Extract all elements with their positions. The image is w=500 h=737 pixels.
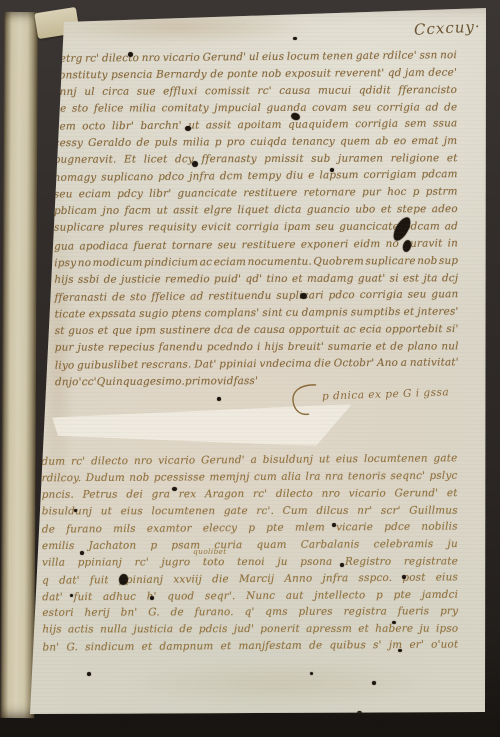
ink-blot: [128, 52, 133, 57]
ink-blot: [217, 397, 221, 401]
ink-blot: [80, 551, 84, 555]
signature-text: p dnica ex pe G i gssa: [322, 386, 450, 402]
manuscript-line: purjusterepeciusfanendupcedndoihijsbreui…: [55, 338, 459, 356]
ink-blot: [310, 672, 313, 675]
ink-blot: [402, 575, 406, 579]
manuscript-line: stguosetqueipmsustineredcadecausaopportu…: [55, 321, 459, 340]
ink-blot: [293, 37, 297, 40]
folio-number: Ccxcuy·: [414, 17, 485, 39]
ink-blot: [340, 563, 344, 567]
ink-blot: [52, 78, 55, 81]
manuscript-line: bn'G.sindicumetdampnumetmanjfestamdequib…: [42, 637, 458, 657]
manuscript-line: hijsssbidejusticieremediopuid'qd'tinoetm…: [54, 270, 458, 289]
manuscript-line: villappinianjrc'jugrotototenoijupsonaReg…: [42, 553, 458, 571]
manuscript-line: rdilcoy.Dudumnobpcessissememjnjcumalialr…: [42, 468, 458, 488]
ink-blot: [150, 596, 154, 600]
paper-stain: [58, 14, 358, 46]
manuscript-page: Ccxcuy· Petrgrc'dilectonrovicarioGerund'…: [0, 0, 500, 737]
manuscript-line: bisuldunjuteiuslocumtenengaterc'.Cumdilc…: [42, 502, 458, 520]
ink-blot: [50, 118, 53, 121]
ink-blot: [300, 293, 307, 299]
manuscript-line: pncis.PetrusdeigrarexAragonrc'dilectonro…: [42, 485, 458, 504]
manuscript-line: estoriherijbn'G.defurano.q'qmspluresregi…: [42, 604, 458, 623]
book-page-edges: [0, 12, 38, 718]
manuscript-line: ticateexpssatasugioptenscomplans'sintcud…: [55, 303, 459, 323]
ink-blot: [172, 487, 177, 491]
ink-blot: [70, 594, 73, 597]
manuscript-line: emilisJachatonppsamcuriaquamCarbalanisce…: [42, 536, 458, 555]
manuscript-photo: Ccxcuy· Petrgrc'dilectonrovicarioGerund'…: [0, 0, 500, 737]
text-block-first-entry: Petrgrc'dilectonrovicarioGerund'uleiuslo…: [53, 48, 459, 391]
flourish-icon: [289, 383, 320, 418]
paper-stain: [120, 660, 440, 706]
ink-blot: [185, 126, 191, 131]
manuscript-line: annjulcircasueeffluxicomissitrc'causamuc…: [53, 82, 457, 101]
ink-blot: [372, 681, 376, 685]
ink-blot: [392, 621, 396, 624]
manuscript-line: ipsynomodicumpindiciumaceciamnocumentu.Q…: [54, 252, 458, 272]
ink-blot: [74, 509, 77, 512]
ink-blot: [192, 161, 198, 167]
text-block-second-entry: dumrc'dilectonrovicarioGerund'abisuldunj…: [41, 451, 458, 656]
ink-blot: [330, 168, 334, 172]
ink-blot: [332, 523, 336, 527]
notarial-subscription: p dnica ex pe G i gssa: [289, 378, 450, 416]
ink-blot: [357, 711, 362, 715]
ink-blot: [87, 672, 91, 676]
ink-blot: [398, 649, 402, 652]
